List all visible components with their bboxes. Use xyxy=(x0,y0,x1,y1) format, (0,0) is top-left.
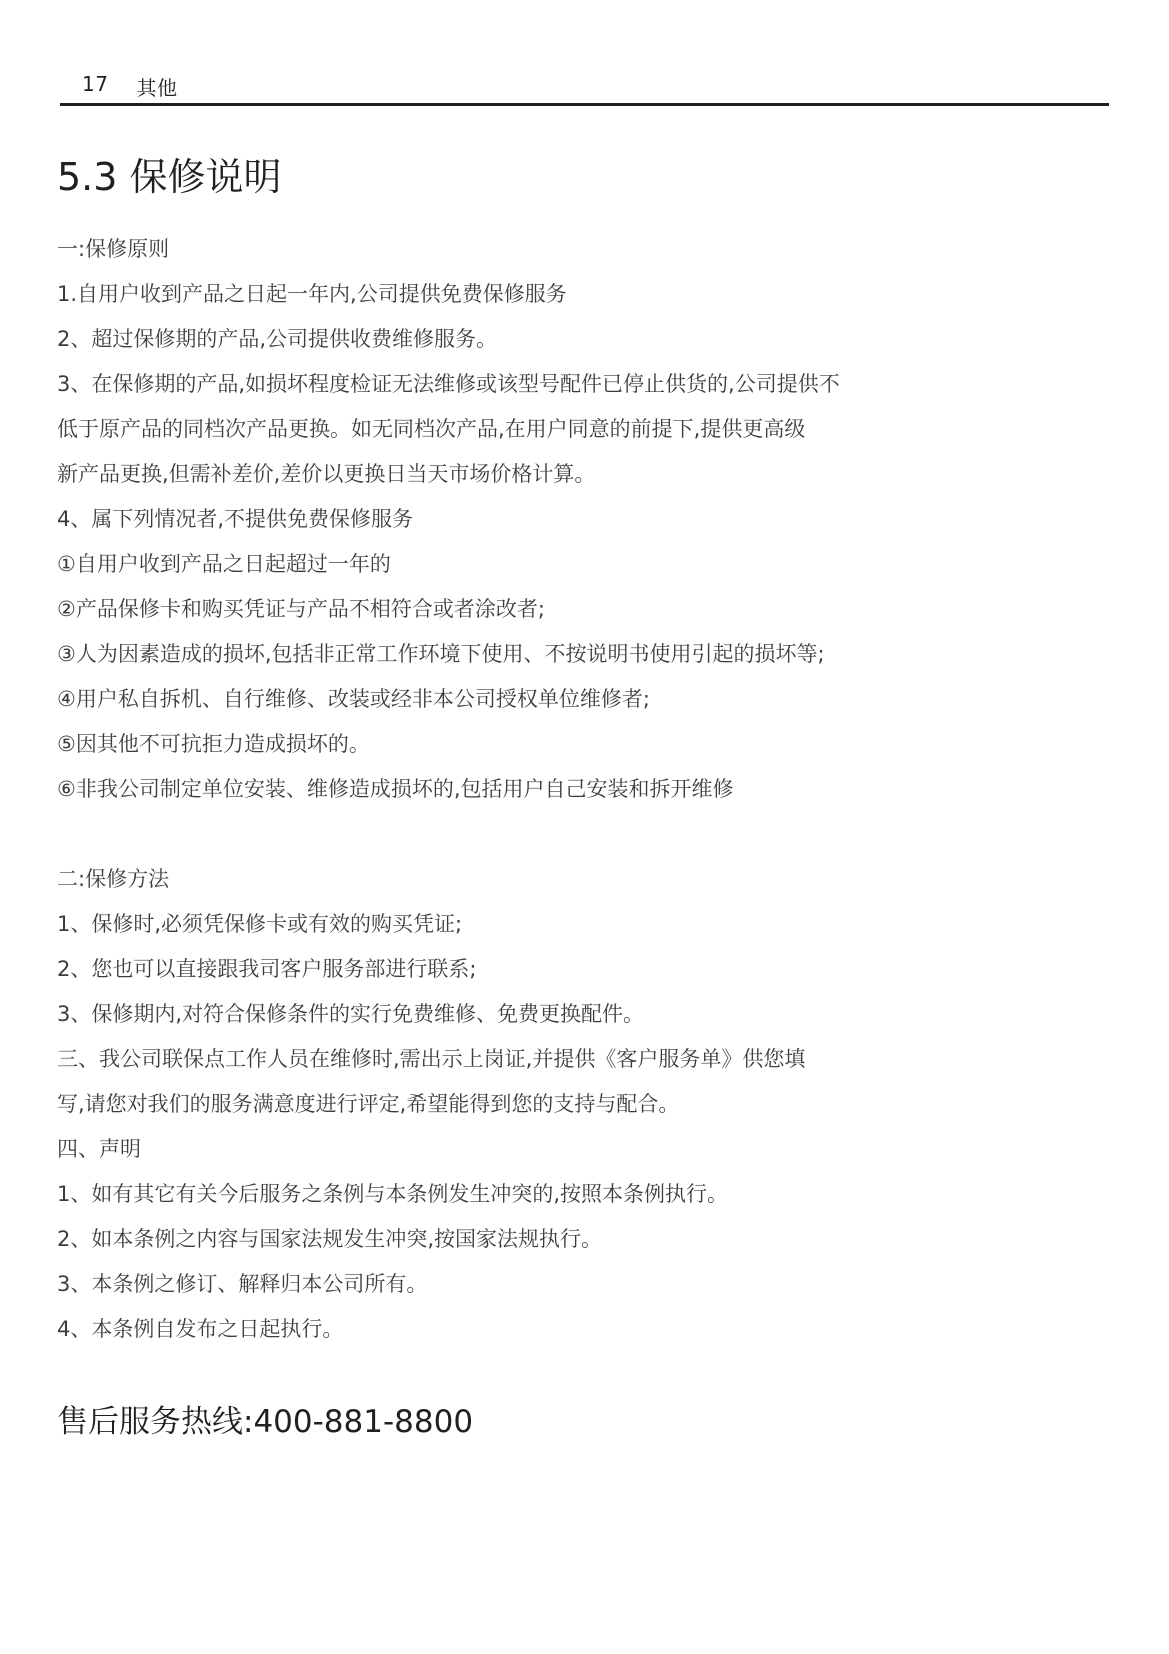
running-header: 17 其他 xyxy=(82,72,177,101)
page-number: 17 xyxy=(82,72,108,101)
paragraph-line: 三、我公司联保点工作人员在维修时,需出示上岗证,并提供《客户服务单》供您填 xyxy=(57,1037,1107,1082)
section-heading-warranty-method: 二:保修方法 xyxy=(57,857,1107,902)
list-item: ②产品保修卡和购买凭证与产品不相符合或者涂改者; xyxy=(57,587,1107,632)
paragraph-line: 4、本条例自发布之日起执行。 xyxy=(57,1307,1107,1352)
spacer xyxy=(57,812,1107,857)
paragraph-line: 2、如本条例之内容与国家法规发生冲突,按国家法规执行。 xyxy=(57,1217,1107,1262)
list-item: ③人为因素造成的损坏,包括非正常工作环境下使用、不按说明书使用引起的损坏等; xyxy=(57,632,1107,677)
paragraph-line: 写,请您对我们的服务满意度进行评定,希望能得到您的支持与配合。 xyxy=(57,1082,1107,1127)
service-hotline: 售后服务热线:400-881-8800 xyxy=(57,1402,473,1442)
section-name: 其他 xyxy=(136,72,177,101)
paragraph-line: 新产品更换,但需补差价,差价以更换日当天市场价格计算。 xyxy=(57,452,1107,497)
list-item: ④用户私自拆机、自行维修、改装或经非本公司授权单位维修者; xyxy=(57,677,1107,722)
document-body: 一:保修原则 1.自用户收到产品之日起一年内,公司提供免费保修服务 2、超过保修… xyxy=(57,227,1107,1352)
paragraph-line: 1、如有其它有关今后服务之条例与本条例发生冲突的,按照本条例执行。 xyxy=(57,1172,1107,1217)
list-item: ①自用户收到产品之日起超过一年的 xyxy=(57,542,1107,587)
section-heading-statement: 四、声明 xyxy=(57,1127,1107,1172)
paragraph-line: 2、您也可以直接跟我司客户服务部进行联系; xyxy=(57,947,1107,992)
page-title: 5.3 保修说明 xyxy=(57,155,282,201)
paragraph-line: 3、在保修期的产品,如损坏程度检证无法维修或该型号配件已停止供货的,公司提供不 xyxy=(57,362,1107,407)
paragraph-line: 1.自用户收到产品之日起一年内,公司提供免费保修服务 xyxy=(57,272,1107,317)
header-rule xyxy=(60,103,1109,106)
paragraph-line: 3、本条例之修订、解释归本公司所有。 xyxy=(57,1262,1107,1307)
paragraph-line: 4、属下列情况者,不提供免费保修服务 xyxy=(57,497,1107,542)
list-item: ⑥非我公司制定单位安装、维修造成损坏的,包括用户自己安装和拆开维修 xyxy=(57,767,1107,812)
paragraph-line: 3、保修期内,对符合保修条件的实行免费维修、免费更换配件。 xyxy=(57,992,1107,1037)
section-heading-warranty-principles: 一:保修原则 xyxy=(57,227,1107,272)
paragraph-line: 1、保修时,必须凭保修卡或有效的购买凭证; xyxy=(57,902,1107,947)
list-item: ⑤因其他不可抗拒力造成损坏的。 xyxy=(57,722,1107,767)
paragraph-line: 2、超过保修期的产品,公司提供收费维修服务。 xyxy=(57,317,1107,362)
paragraph-line: 低于原产品的同档次产品更换。如无同档次产品,在用户同意的前提下,提供更高级 xyxy=(57,407,1107,452)
